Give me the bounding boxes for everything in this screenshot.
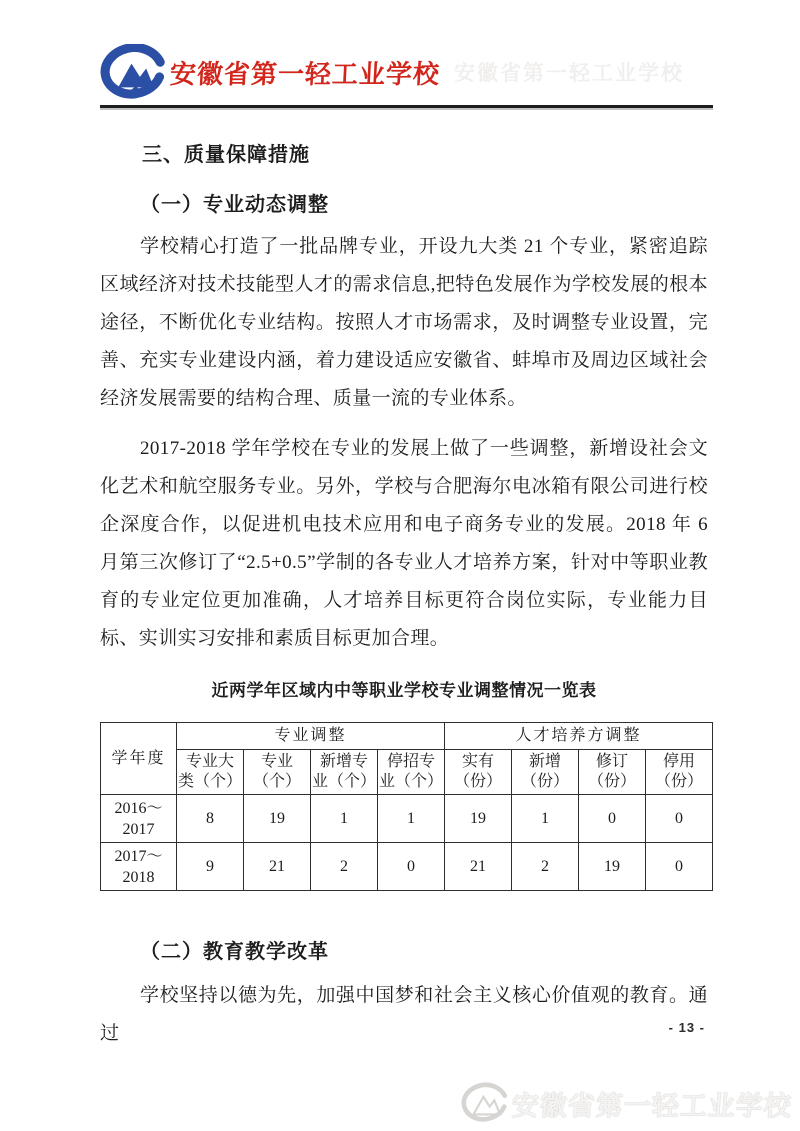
table-subheader: 停招专 业（个） xyxy=(378,750,445,795)
document-body: 三、质量保障措施 （一）专业动态调整 学校精心打造了一批品牌专业，开设九大类 2… xyxy=(100,130,708,1053)
footer-watermark: 安徽省第一轻工业学校 xyxy=(460,1082,792,1124)
table-cell-year: 2016～ 2017 xyxy=(101,795,177,843)
table-cell: 21 xyxy=(244,843,311,891)
section-heading: 三、质量保障措施 xyxy=(142,140,708,170)
subsection-heading-2: （二）教育教学改革 xyxy=(140,937,708,967)
table-cell: 0 xyxy=(378,843,445,891)
paragraph-3: 学校坚持以德为先，加强中国梦和社会主义核心价值观的教育。通过 xyxy=(100,977,708,1053)
table-subheader: 新增专 业（个） xyxy=(311,750,378,795)
document-page: 安徽省第一轻工业学校 安徽省第一轻工业学校 三、质量保障措施 （一）专业动态调整… xyxy=(0,0,800,1131)
table-cell: 19 xyxy=(244,795,311,843)
table-subheader: 新增 （份） xyxy=(512,750,579,795)
table-cell: 0 xyxy=(646,795,713,843)
page-header: 安徽省第一轻工业学校 安徽省第一轻工业学校 xyxy=(100,42,712,102)
header-rule xyxy=(100,105,713,108)
table-cell-year: 2017～ 2018 xyxy=(101,843,177,891)
table-subheader: 修订 （份） xyxy=(579,750,646,795)
table-row: 2017～ 2018 9 21 2 0 21 2 19 0 xyxy=(101,843,713,891)
header-ghost-text: 安徽省第一轻工业学校 xyxy=(454,57,684,87)
paragraph-2: 2017-2018 学年学校在专业的发展上做了一些调整，新增设社会文化艺术和航空… xyxy=(100,430,708,658)
table-header-year: 学年度 xyxy=(101,723,177,795)
table-subheader: 停用 （份） xyxy=(646,750,713,795)
table-title: 近两学年区域内中等职业学校专业调整情况一览表 xyxy=(100,678,708,704)
table-cell: 21 xyxy=(445,843,512,891)
table-cell: 1 xyxy=(512,795,579,843)
footer-watermark-logo-icon xyxy=(460,1082,512,1124)
table-cell: 1 xyxy=(311,795,378,843)
table-cell: 0 xyxy=(579,795,646,843)
adjustment-table: 学年度 专业调整 人才培养方调整 专业大 类（个） 专业 （个） 新增专 业（个… xyxy=(100,722,713,891)
table-cell: 2 xyxy=(512,843,579,891)
footer-watermark-text: 安徽省第一轻工业学校 xyxy=(511,1084,793,1123)
paragraph-1: 学校精心打造了一批品牌专业，开设九大类 21 个专业，紧密追踪区域经济对技术技能… xyxy=(100,228,708,418)
table-subheader: 专业 （个） xyxy=(244,750,311,795)
table-row: 2016～ 2017 8 19 1 1 19 1 0 0 xyxy=(101,795,713,843)
table-subheader: 专业大 类（个） xyxy=(177,750,244,795)
page-number: - 13 - xyxy=(0,1020,705,1035)
table-group-major-adjust: 专业调整 xyxy=(177,723,445,750)
table-subheader: 实有 （份） xyxy=(445,750,512,795)
table-cell: 19 xyxy=(579,843,646,891)
table-cell: 19 xyxy=(445,795,512,843)
table-cell: 9 xyxy=(177,843,244,891)
table-cell: 0 xyxy=(646,843,713,891)
school-logo-icon xyxy=(100,44,170,100)
school-name: 安徽省第一轻工业学校 xyxy=(169,54,441,91)
table-group-training-adjust: 人才培养方调整 xyxy=(445,723,713,750)
table-cell: 8 xyxy=(177,795,244,843)
table-cell: 1 xyxy=(378,795,445,843)
subsection-heading-1: （一）专业动态调整 xyxy=(140,190,708,220)
table-cell: 2 xyxy=(311,843,378,891)
